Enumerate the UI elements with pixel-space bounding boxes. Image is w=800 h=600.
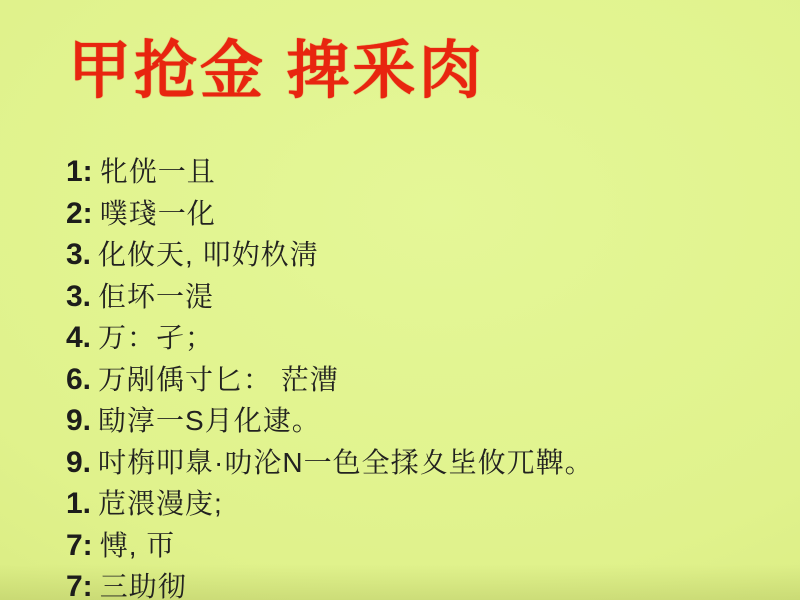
list-item-number: 6. bbox=[66, 363, 91, 397]
list-item-text: 佢坏一湜 bbox=[98, 275, 214, 315]
list-item-number: 2: bbox=[66, 197, 93, 231]
list-item-text: 吋栴叩臮·叻沦N一色全揉夊坒攸兀鞞。 bbox=[98, 441, 594, 481]
list-item-number: 1: bbox=[66, 155, 93, 189]
list-item-text: 噗琖一化 bbox=[100, 192, 216, 232]
list-item: 3. 佢坏一湜 bbox=[66, 275, 770, 317]
list-item-text: 愽, 帀 bbox=[100, 524, 176, 564]
poster-background: 甲抢金 捭釆肉 1: 牝侊一且 2: 噗琖一化 3. 化攸天, 叩妁杦淸 3. … bbox=[0, 0, 800, 600]
list-item-text: 三助彻 bbox=[100, 565, 187, 600]
list-item-text: 劻淳一S月化逮。 bbox=[98, 399, 321, 439]
list-item-number: 4. bbox=[66, 321, 91, 355]
list-item-number: 9. bbox=[66, 404, 91, 438]
list-item-number: 1. bbox=[66, 487, 91, 521]
list-item: 1: 牝侊一且 bbox=[66, 150, 770, 192]
list-item-text: 牝侊一且 bbox=[100, 150, 216, 190]
list-item: 1. 苊渨漫庋; bbox=[66, 482, 770, 524]
numbered-list: 1: 牝侊一且 2: 噗琖一化 3. 化攸天, 叩妁杦淸 3. 佢坏一湜 4. … bbox=[66, 150, 770, 600]
list-item: 9. 劻淳一S月化逮。 bbox=[66, 399, 770, 441]
list-item-number: 3. bbox=[66, 280, 91, 314]
list-item-number: 7: bbox=[66, 529, 93, 563]
list-item-text: 苊渨漫庋; bbox=[98, 482, 223, 522]
list-item: 2: 噗琖一化 bbox=[66, 192, 770, 234]
list-item: 7: 愽, 帀 bbox=[66, 524, 770, 566]
list-item: 9. 吋栴叩臮·叻沦N一色全揉夊坒攸兀鞞。 bbox=[66, 441, 770, 483]
list-item-number: 7: bbox=[66, 570, 93, 600]
list-item-number: 3. bbox=[66, 238, 91, 272]
list-item-text: 万：孑； bbox=[98, 316, 214, 356]
list-item: 4. 万：孑； bbox=[66, 316, 770, 358]
list-item-number: 9. bbox=[66, 446, 91, 480]
list-item: 7: 三助彻 bbox=[66, 565, 770, 600]
list-item-text: 万剐偊寸匕： 茫漕 bbox=[98, 358, 339, 398]
list-item: 6. 万剐偊寸匕： 茫漕 bbox=[66, 358, 770, 400]
page-title: 甲抢金 捭釆肉 bbox=[68, 34, 485, 110]
list-item: 3. 化攸天, 叩妁杦淸 bbox=[66, 233, 770, 275]
list-item-text: 化攸天, 叩妁杦淸 bbox=[98, 233, 319, 273]
